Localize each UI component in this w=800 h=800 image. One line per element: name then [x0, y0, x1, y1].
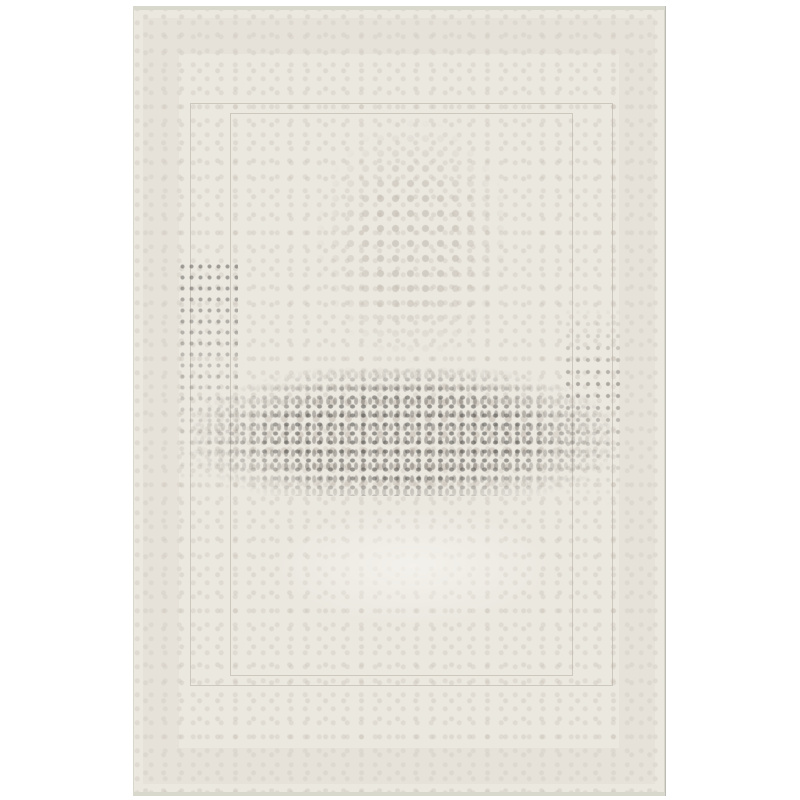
rug-pale-lower-field — [273, 506, 553, 626]
rug-top-fringe — [133, 6, 665, 10]
rug-dark-motif-band — [193, 366, 613, 496]
rug-faded-medallion — [313, 116, 513, 366]
rug — [133, 6, 665, 796]
rug-bottom-fringe — [133, 792, 665, 796]
